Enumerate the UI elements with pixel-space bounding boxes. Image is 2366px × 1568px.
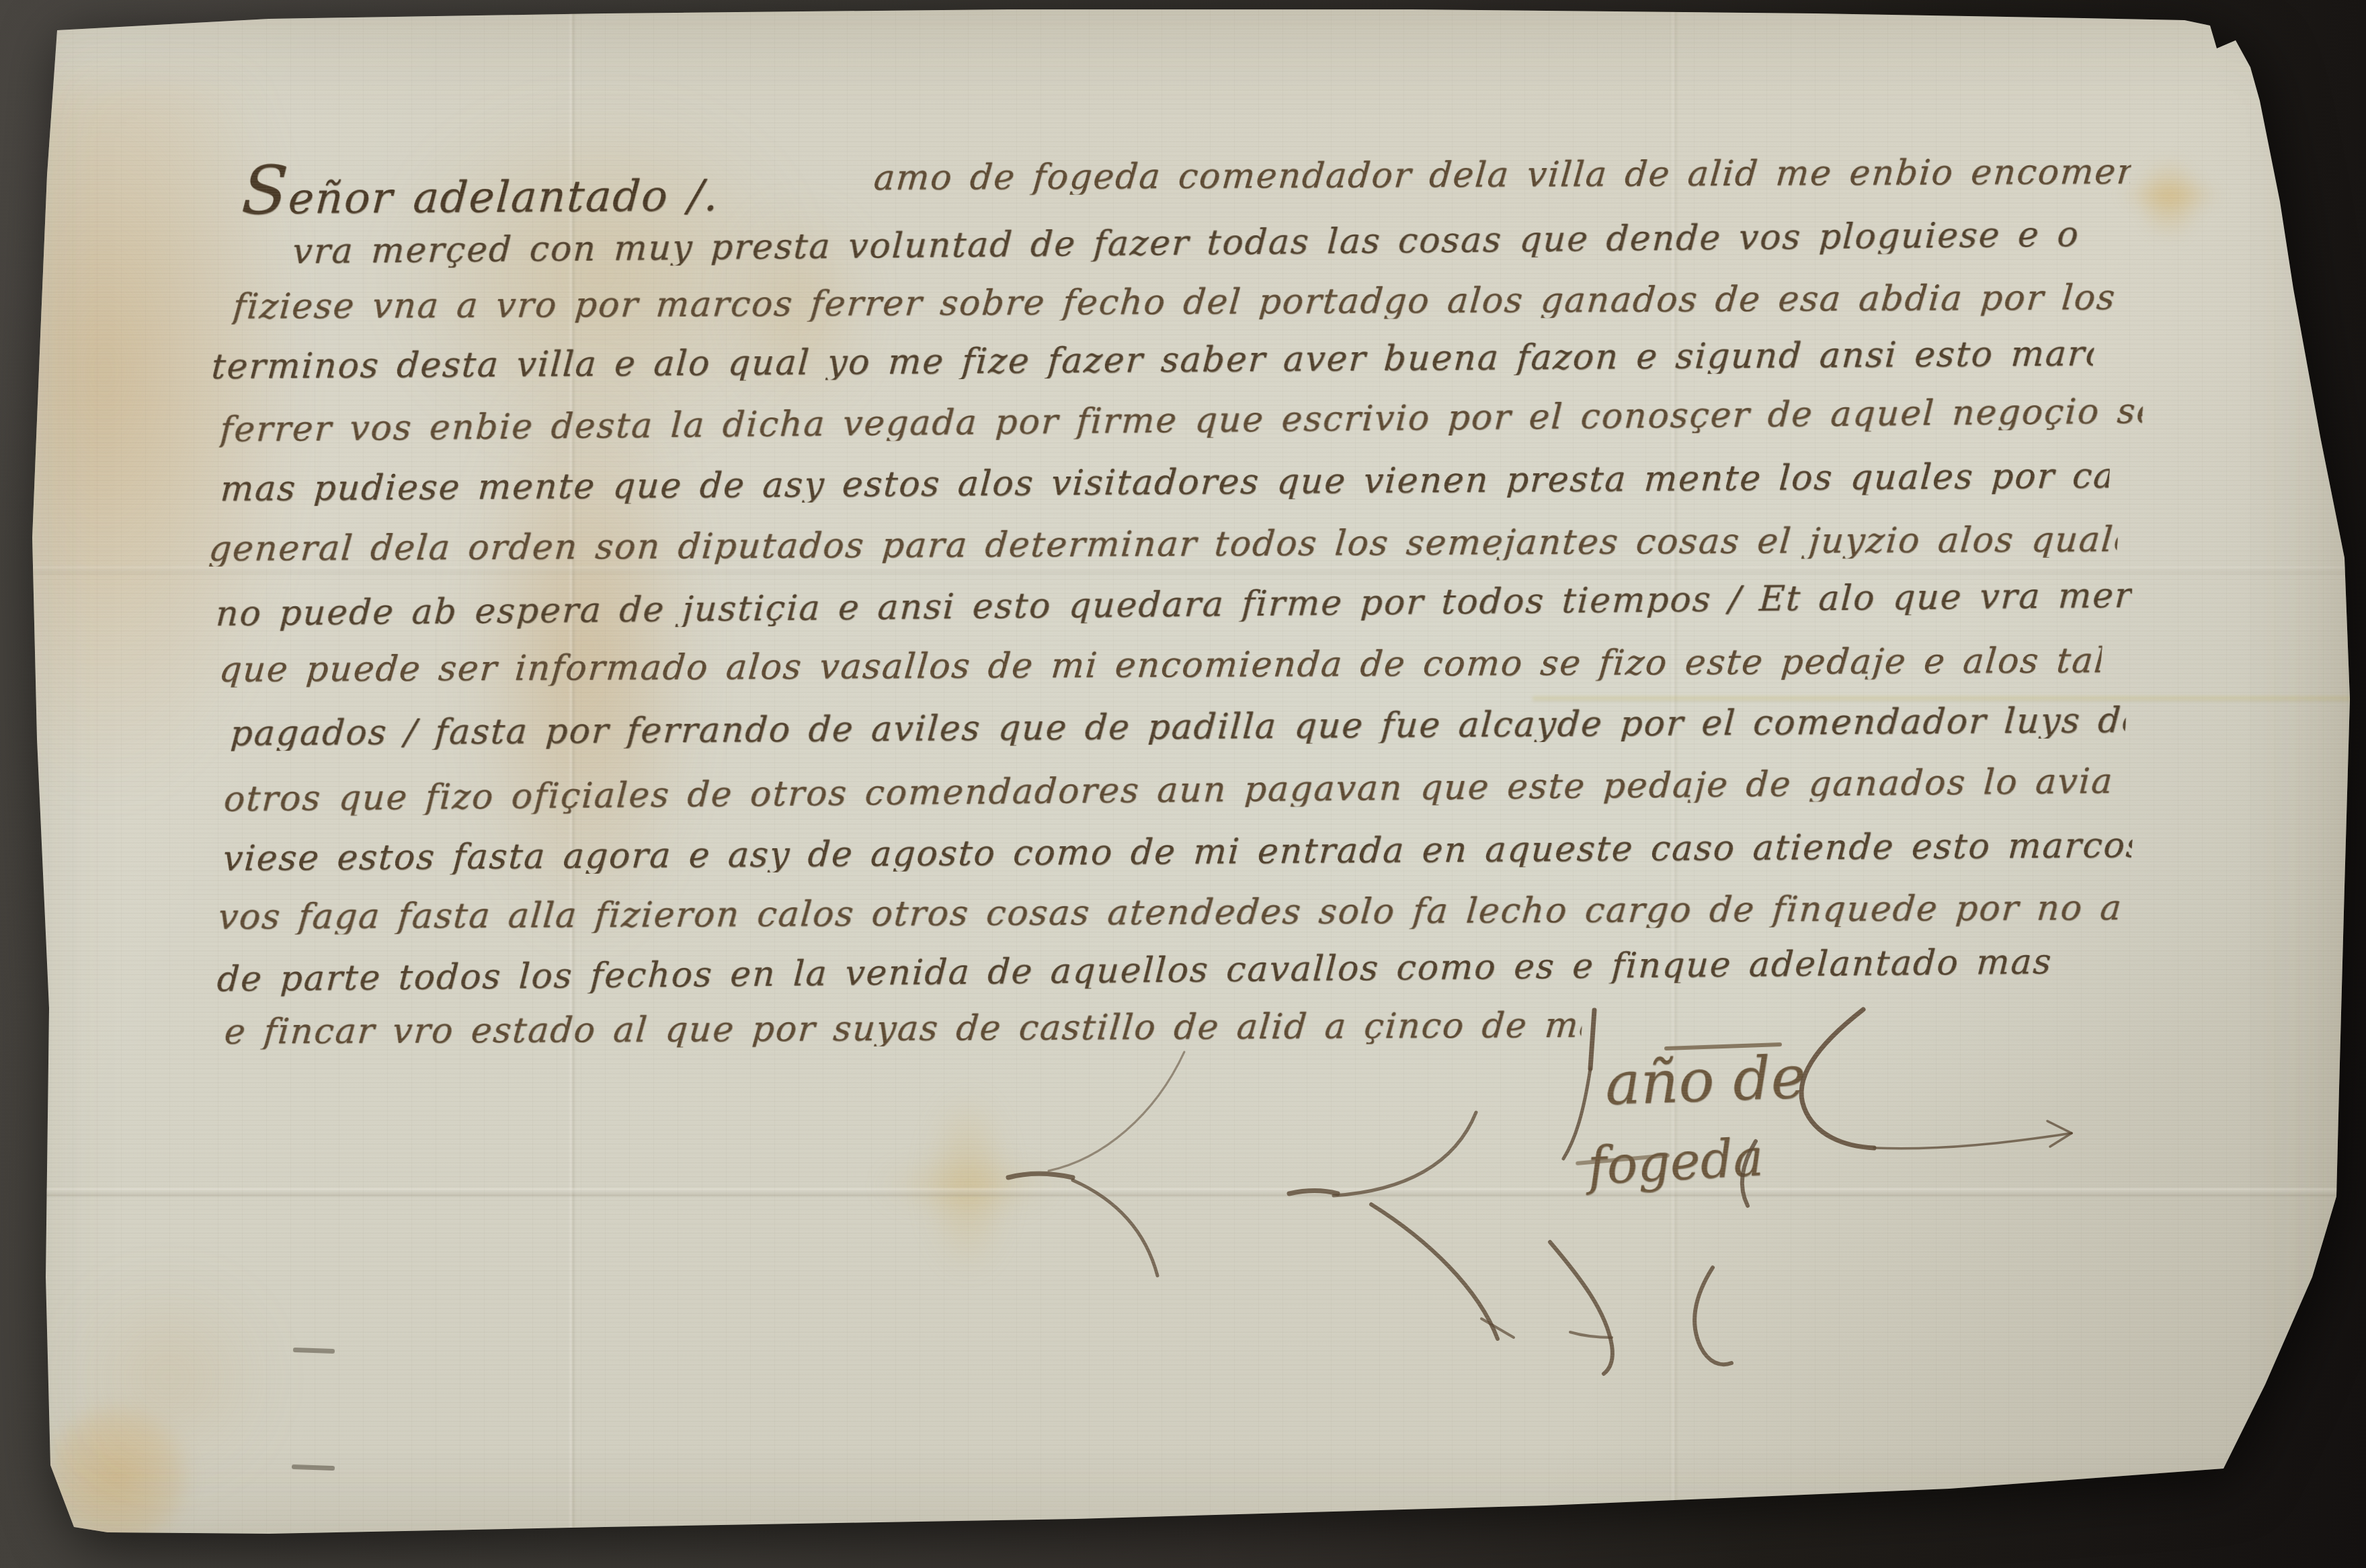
letter-text-block: Señor adelantado /. amo de fogeda comend…: [0, 0, 2366, 1568]
text-line-14: de parte todos los fechos en la venida d…: [216, 944, 2060, 997]
text-line-05: ferrer vos enbie desta la dicha vegada p…: [219, 394, 2144, 447]
text-line-03: fiziese vna a vro por marcos ferrer sobr…: [231, 280, 2123, 325]
manuscript-paper: Señor adelantado /. amo de fogeda comend…: [0, 0, 2366, 1568]
text-line-09: que puede ser informado alos vasallos de…: [218, 643, 2103, 688]
text-line-10: pagados / fasta por ferrando de aviles q…: [229, 703, 2127, 751]
photo-frame: Señor adelantado /. amo de fogeda comend…: [0, 0, 2366, 1568]
paper-shadow-wrap: Señor adelantado /. amo de fogeda comend…: [0, 0, 2366, 1568]
salutation-line: Señor adelantado /.: [240, 153, 889, 224]
text-line-13: vos faga fasta alla fizieron calos otros…: [217, 891, 2122, 935]
text-line-08: no puede ab espera de justiçia e ansi es…: [215, 578, 2133, 631]
text-line-04: terminos desta villa e alo qual yo me fi…: [210, 336, 2094, 384]
signature-line-1: año de: [1604, 1042, 1807, 1118]
text-line-02: vra merçed con muy presta voluntad de fa…: [292, 217, 2082, 270]
text-line-12: viese estos fasta agora e asy de agosto …: [222, 828, 2133, 876]
text-line-06: mas pudiese mente que de asy estos alos …: [219, 458, 2110, 507]
text-line-01: amo de fogeda comendador dela villa de a…: [872, 155, 2132, 196]
text-line-11: otros que fizo ofiçiales de otros comend…: [223, 764, 2114, 817]
text-line-15: e fincar vro estado al que por suyas de …: [223, 1008, 1584, 1050]
text-line-07: general dela orden son diputados para de…: [208, 522, 2119, 567]
